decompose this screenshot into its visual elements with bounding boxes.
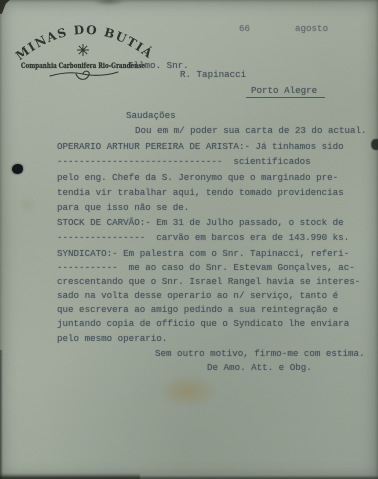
body-line: ---------------- carvão em barcos era de… xyxy=(57,233,349,243)
body-line-intro: Dou em m/ poder sua carta de 23 do actua… xyxy=(135,126,367,136)
punch-hole xyxy=(12,164,23,174)
body-line: OPERARIO ARTHUR PEREIRA DE ARISTA:- Já t… xyxy=(57,142,344,152)
left-edge-shadow xyxy=(0,350,3,479)
letterhead-arc-title: MINAS DO BUTIÁ xyxy=(13,23,156,63)
letter-page: MINAS DO BUTIÁ Companhia Carbonifera Rio… xyxy=(0,0,378,479)
body-line: STOCK DE CARVÃO:- Em 31 de Julho passado… xyxy=(57,218,344,228)
body-line: ----------- me ao caso do Snr. Estevam G… xyxy=(57,263,355,273)
body-line: crescentando que o Snr. Israel Rangel ha… xyxy=(57,277,360,287)
body-line: ------------------------------ scientifi… xyxy=(57,157,311,167)
bottom-left-edge-shadow xyxy=(0,473,140,479)
body-line: tendia vir trabalhar aqui, tendo tomado … xyxy=(57,188,344,198)
letterhead-subtitle: Companhia Carbonifera Rio-Grandense xyxy=(21,61,145,70)
right-edge-mark xyxy=(371,139,378,150)
recipient-city: Porto Alegre xyxy=(246,86,325,98)
paper-stain xyxy=(162,376,214,406)
body-line: pelo mesmo operario. xyxy=(57,334,167,344)
starburst-icon xyxy=(77,44,89,56)
closing-line: Sem outro motivo, firmo-me com estima. xyxy=(155,349,365,359)
body-line: que escrevera ao amigo pedindo a sua rei… xyxy=(57,305,338,315)
greeting: Saudações xyxy=(126,111,176,121)
letterhead-flourish xyxy=(50,71,118,79)
body-line: pelo eng. Chefe da S. Jeronymo que o mar… xyxy=(57,173,338,183)
dateline-month: agosto xyxy=(295,24,328,34)
body-line: SYNDICATO:- Em palestra com o Snr. Tapin… xyxy=(57,249,349,259)
body-line: para que isso não se de. xyxy=(57,203,189,213)
body-line: sado na volta desse operario ao n/ servi… xyxy=(57,291,338,301)
dateline-day: 66 xyxy=(239,24,250,34)
paper-stain-small xyxy=(18,198,36,212)
body-line: juntando copia de officio que o Syndicat… xyxy=(57,319,349,329)
letterhead: MINAS DO BUTIÁ Companhia Carbonifera Rio… xyxy=(6,4,166,96)
signoff-line: De Amo. Att. e Obg. xyxy=(207,363,312,373)
recipient-name: R. Tapinacci xyxy=(180,70,246,80)
